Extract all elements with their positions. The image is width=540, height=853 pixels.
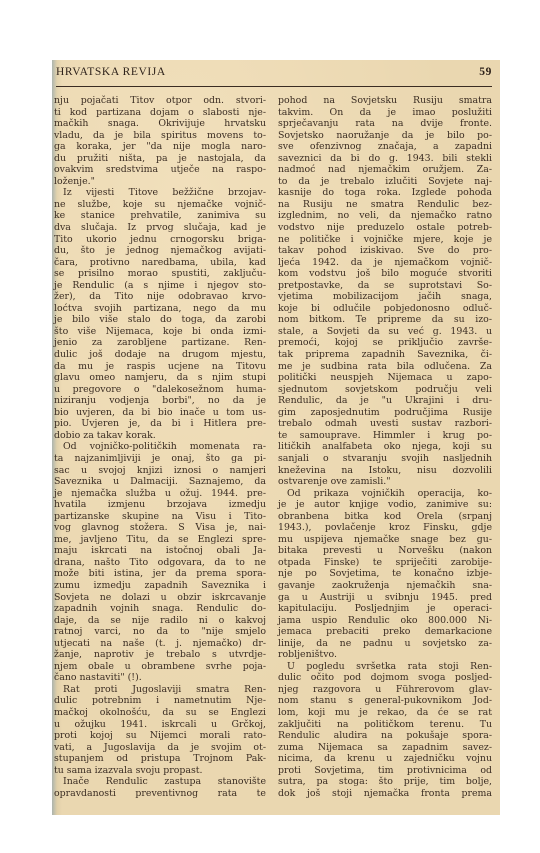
text-line: ne službe, koje su njemačke vojnič- — [54, 199, 268, 211]
right-column: pohod na Sovjetsku Rusiju smatratakvim. … — [278, 95, 492, 799]
text-line: dva slučaja. Iz prvog slučaja, kad je — [54, 222, 268, 234]
text-line: zuma Nijemaca sa zapadnim savez- — [278, 742, 492, 754]
text-line: nom stanu s general-pukovnikom Jod- — [278, 695, 492, 707]
text-line: nadmoć nad njemačkim oružjem. Za- — [278, 164, 492, 176]
text-line: otpada Finske) te spriječiti zarobije- — [278, 557, 492, 569]
text-line: ne političke i vojničke mjere, koje je — [278, 234, 492, 246]
text-line: sjednutom sovjetskom području veli — [278, 384, 492, 396]
text-line: sve ofenzivnog značaja, a zapadni — [278, 141, 492, 153]
text-line: loženje." — [54, 176, 268, 188]
text-line: žer), da Tito nije odobravao krvo- — [54, 291, 268, 303]
page-number: 59 — [479, 66, 492, 78]
text-line: mu uspijeva njemačke snage bez gu- — [278, 534, 492, 546]
text-line: du, što je jednog njemačkog avijati- — [54, 245, 268, 257]
text-line: kom vodstvu još bilo moguće stvoriti — [278, 268, 492, 280]
text-line: vodstvo nije preduzelo ostale potreb- — [278, 222, 492, 234]
text-line: pio. Uvjeren je, da bi i Hitlera pre- — [54, 418, 268, 430]
text-line: je Rendulic (a s njime i njegov sto- — [54, 280, 268, 292]
text-line: njem obale u obrambene svrhe poja- — [54, 661, 268, 673]
text-line: se prisilno morao spustiti, zaključu- — [54, 268, 268, 280]
text-line: zaključiti na političkom terenu. Tu — [278, 719, 492, 731]
text-line: Sovjeta ne dolazi u obzir iskrcavanje — [54, 592, 268, 604]
text-line: na Rusiju ne smatra Rendulic bez- — [278, 199, 492, 211]
text-line: me je sudbina rata bila odlučena. Za — [278, 361, 492, 373]
text-line: što više Nijemaca, koje bi onda izmi- — [54, 326, 268, 338]
text-line: njeg razgovora u Führerovom glav- — [278, 684, 492, 696]
text-line: Sovjetsko naoružanje da je bilo po- — [278, 130, 492, 142]
text-line: Iz vijesti Titove bežžične brzojav- — [54, 187, 268, 199]
text-line: dulic očito pod dojmom svoga posljed- — [278, 672, 492, 684]
text-line: te samouprave. Himmler i krug po- — [278, 430, 492, 442]
text-line: bio uvjeren, da bi bio inače u tom us- — [54, 407, 268, 419]
text-line: čano nastaviti" (!). — [54, 672, 268, 684]
journal-title: HRVATSKA REVIJA — [56, 66, 166, 78]
text-line: je bilo više stalo do toga, da zarobi — [54, 314, 268, 326]
left-column: nju pojačati Titov otpor odn. stvori-ti … — [54, 95, 268, 799]
text-line: takvim. On da je imao poslužiti — [278, 107, 492, 119]
text-line: dobio za takav korak. — [54, 430, 268, 442]
text-line: litičkih analfabeta oko njega, koji su — [278, 441, 492, 453]
text-line: Od vojničko-političkih momenata ra- — [54, 441, 268, 453]
text-line: dok još stoji njemačka fronta prema — [278, 788, 492, 800]
text-line: utjecati na naše (t. j. njemačko) dr- — [54, 638, 268, 650]
text-line: pretpostavke, da se suprotstavi So- — [278, 280, 492, 292]
text-line: nicima, da krenu u zajedničku vojnu — [278, 753, 492, 765]
text-line: vog glavnog stožera. S Visa je, nai- — [54, 522, 268, 534]
text-line: koje bi odlučile pobjedonosno odluč- — [278, 303, 492, 315]
header-rule — [56, 86, 492, 87]
text-line: gim zaposjednutim područjima Rusije — [278, 407, 492, 419]
text-line: kapitulaciju. Posljednjim je operaci- — [278, 603, 492, 615]
text-line: hvatila izmjenu brzojava izmedju — [54, 499, 268, 511]
text-line: čara, protivno naredbama, ubila, kad — [54, 257, 268, 269]
text-line: kneževina na Istoku, nisu dozvolili — [278, 465, 492, 477]
text-line: me, javljeno Titu, da se Englezi spre- — [54, 534, 268, 546]
text-line: U pogledu svršetka rata stoji Ren- — [278, 661, 492, 673]
text-line: trebalo odmah uvesti sustav razbori- — [278, 418, 492, 430]
text-line: proti Sovjetima, tim protivnicima od — [278, 765, 492, 777]
text-line: partizanske skupine na Visu i Tito- — [54, 511, 268, 523]
text-columns: nju pojačati Titov otpor odn. stvori-ti … — [54, 95, 492, 799]
text-line: jenio za zarobljene partizane. Ren- — [54, 337, 268, 349]
text-line: nje po Sovjetima, te konačno izbje- — [278, 568, 492, 580]
text-line: daje, da se nije radilo ni o kakvoj — [54, 615, 268, 627]
text-line: mačkoj okolnošću, da su se Englezi — [54, 707, 268, 719]
text-line: Rat proti Jugoslaviji smatra Ren- — [54, 684, 268, 696]
text-line: ta najzanimljiviji je onaj, što ga pi- — [54, 453, 268, 465]
text-line: premoći, kojoj se priključio završe- — [278, 337, 492, 349]
text-line: kasnije do toga roka. Izglede pohoda — [278, 187, 492, 199]
text-line: u ožujku 1941. iskrcali u Grčkoj, — [54, 719, 268, 731]
text-line: nju pojačati Titov otpor odn. stvori- — [54, 95, 268, 107]
text-line: bitaka prevesti u Norvešku (nakon — [278, 545, 492, 557]
text-line: ke stanice prehvatile, zanimiva su — [54, 210, 268, 222]
text-line: Tito ukorio jednu crnogorsku briga- — [54, 234, 268, 246]
text-line: Saveznika u Dalmaciji. Saznajemo, da — [54, 476, 268, 488]
text-line: zapadnih vojnih snaga. Rendulic do- — [54, 603, 268, 615]
text-line: tak priprema zapadnih Saveznika, či- — [278, 349, 492, 361]
text-line: du pružiti ništa, pa je nastojala, da — [54, 153, 268, 165]
text-line: pohod na Sovjetsku Rusiju smatra — [278, 95, 492, 107]
text-line: dulic potrebnim i nametnutim Nje- — [54, 695, 268, 707]
text-line: u pregovore o "dalekosežnom huma- — [54, 384, 268, 396]
text-line: Rendulic aludira na pokušaje spora- — [278, 730, 492, 742]
text-line: Rendulic, da je "u Ukrajini i dru- — [278, 395, 492, 407]
text-line: lom, koji mu je rekao, da će se rat — [278, 707, 492, 719]
text-line: saveznici da bi do g. 1943. bili stekli — [278, 153, 492, 165]
text-line: ostvarenje ove zamisli." — [278, 476, 492, 488]
text-line: mačkih snaga. Okrivijuje hrvatsku — [54, 118, 268, 130]
text-line: ratnoj varci, no da to "nije smjelo — [54, 626, 268, 638]
text-line: niziranju vodjenja borbi", no da je — [54, 395, 268, 407]
text-line: 1943.), povlačenje kroz Finsku, gdje — [278, 522, 492, 534]
text-line: Od prikaza vojničkih operacija, ko- — [278, 488, 492, 500]
text-line: robljeništvo. — [278, 649, 492, 661]
text-line: sanjali o stvaranju svojih nasljednih — [278, 453, 492, 465]
text-line: je je autor knjige vodio, zanimive su: — [278, 499, 492, 511]
text-line: drana, našto Tito odgovara, da to ne — [54, 557, 268, 569]
text-line: glavu omeo namjeru, da s njim stupi — [54, 372, 268, 384]
text-line: vjetima mobilizacijom jačih snaga, — [278, 291, 492, 303]
text-line: ovakvim sredstvima utječe na raspo- — [54, 164, 268, 176]
text-line: jemaca prebaciti preko demarkacione — [278, 626, 492, 638]
text-line: nom bitkom. Te pripreme da su izo- — [278, 314, 492, 326]
text-line: gavanje zaokruženja njemačkih sna- — [278, 580, 492, 592]
text-line: stale, a Sovjeti da su već g. 1943. u — [278, 326, 492, 338]
text-line: loćtva svojih partizana, nego da mu — [54, 303, 268, 315]
text-line: tu sama izazvala svoju propast. — [54, 765, 268, 777]
text-line: ljeća 1942. da je njemačkom vojnič- — [278, 257, 492, 269]
text-line: to da je trebalo izlučiti Sovjete naj- — [278, 176, 492, 188]
text-line: sutra, pa stoga: što prije, tim bolje, — [278, 776, 492, 788]
scanned-page: HRVATSKA REVIJA 59 nju pojačati Titov ot… — [52, 60, 500, 815]
text-line: vladu, da je bila spiritus movens to- — [54, 130, 268, 142]
text-line: može biti istina, jer da prema spora- — [54, 568, 268, 580]
text-line: stupanjem od pristupa Trojnom Pak- — [54, 753, 268, 765]
text-line: da mu je raspis ucjene na Titovu — [54, 361, 268, 373]
text-line: sac u svojoj knjizi iznosi o namjeri — [54, 465, 268, 477]
text-line: politički neuspjeh Nijemaca u zapo- — [278, 372, 492, 384]
text-line: vati, a Jugoslavija da je svojim ot- — [54, 742, 268, 754]
text-line: proti kojoj su Nijemci morali rato- — [54, 730, 268, 742]
text-line: zumu izmedju zapadnih Saveznika i — [54, 580, 268, 592]
text-line: opravdanosti preventivnog rata te — [54, 788, 268, 800]
text-line: linije, da ne padnu u sovjetsko za- — [278, 638, 492, 650]
text-line: dulic još dodaje na drugom mjestu, — [54, 349, 268, 361]
text-line: Inače Rendulic zastupa stanovište — [54, 776, 268, 788]
text-line: sprječavanju rata na dvije fronte. — [278, 118, 492, 130]
text-line: takav pohod iziskivao. Sve do pro- — [278, 245, 492, 257]
running-head: HRVATSKA REVIJA 59 — [56, 66, 492, 82]
text-line: izglednim, no veli, da njemačko ratno — [278, 210, 492, 222]
text-line: ti kod partizana dojam o slabosti nje- — [54, 107, 268, 119]
text-line: ga koraka, jer "da nije mogla naro- — [54, 141, 268, 153]
text-line: ga u Austriji u svibnju 1945. pred — [278, 592, 492, 604]
text-line: maju iskrcati na istočnoj obali Ja- — [54, 545, 268, 557]
text-line: žanje, naprotiv je trebalo s utvrdje- — [54, 649, 268, 661]
text-line: jama uspio Rendulic oko 800.000 Ni- — [278, 615, 492, 627]
text-line: je njemačka služba u ožuj. 1944. pre- — [54, 488, 268, 500]
text-line: obranbena bitka kod Orela (srpanj — [278, 511, 492, 523]
